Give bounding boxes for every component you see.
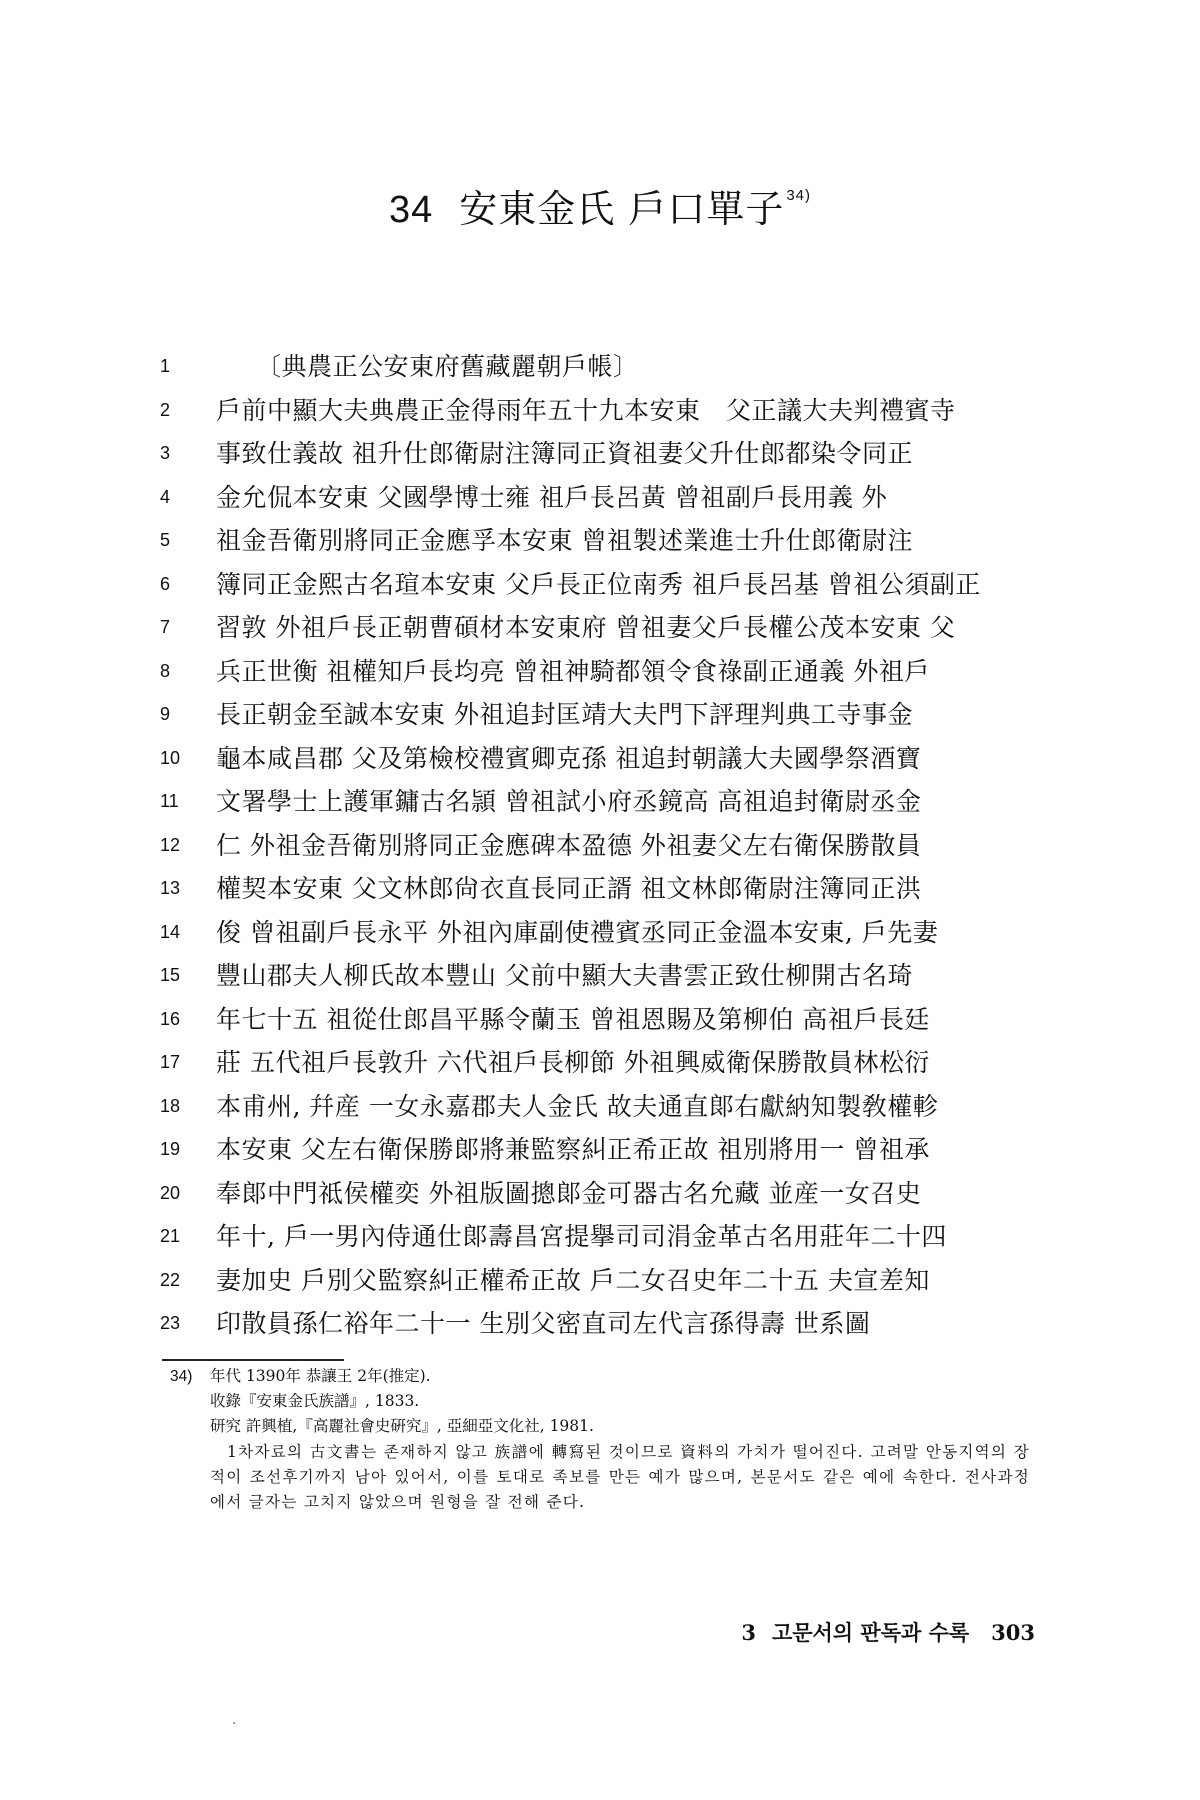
text-line: 23印散員孫仁裕年二十一 生別父密直司左代言孫得壽 世系圖 xyxy=(160,1302,1060,1346)
line-number: 3 xyxy=(160,432,200,476)
text-line: 11文署學士上護軍鏞古名頴 曾祖試小府丞鏡高 高祖追封衛尉丞金 xyxy=(160,780,1060,824)
text-line: 20奉郞中門祗侯權奕 外祖版圖摠郞金可器古名允藏 並産一女召史 xyxy=(160,1172,1060,1216)
text-line: 22妻加史 戶別父監察糾正權希正故 戶二女召史年二十五 夫宣差知 xyxy=(160,1259,1060,1303)
text-line: 19本安東 父左右衛保勝郞將兼監察糾正希正故 祖別將用一 曾祖承 xyxy=(160,1128,1060,1172)
text-line: 13權契本安東 父文林郎尙衣直長同正諝 祖文林郎衛尉注簿同正洪 xyxy=(160,867,1060,911)
text-line: 1〔典農正公安東府舊藏麗朝戶帳〕 xyxy=(160,345,1060,389)
line-number: 19 xyxy=(160,1128,200,1172)
line-number: 16 xyxy=(160,998,200,1042)
text-line: 21年十, 戶一男內侍通仕郞壽昌宮提擧司司涓金革古名用莊年二十四 xyxy=(160,1215,1060,1259)
text-line: 12仁 外祖金吾衛別將同正金應碑本盈德 外祖妻父左右衛保勝散員 xyxy=(160,824,1060,868)
line-number: 8 xyxy=(160,650,200,694)
line-text: 印散員孫仁裕年二十一 生別父密直司左代言孫得壽 世系圖 xyxy=(216,1302,870,1346)
line-text: 莊 五代祖戶長敦升 六代祖戶長柳節 外祖興威衛保勝散員林松衍 xyxy=(216,1041,930,1085)
line-number: 5 xyxy=(160,519,200,563)
line-text: 豐山郡夫人柳氏故本豐山 父前中顯大夫書雲正致仕柳開古名琦 xyxy=(216,954,913,998)
line-text: 權契本安東 父文林郎尙衣直長同正諝 祖文林郎衛尉注簿同正洪 xyxy=(216,867,921,911)
line-number: 7 xyxy=(160,606,200,650)
text-line: 4金允侃本安東 父國學博士雍 祖戶長呂黃 曾祖副戶長用義 外 xyxy=(160,476,1060,520)
line-number: 6 xyxy=(160,563,200,607)
text-line: 16年七十五 祖從仕郎昌平縣令蘭玉 曾祖恩賜及第柳伯 高祖戶長廷 xyxy=(160,998,1060,1042)
text-line: 14俊 曾祖副戶長永平 外祖內庫副使禮賓丞同正金溫本安東, 戶先妻 xyxy=(160,911,1060,955)
line-text: 年七十五 祖從仕郎昌平縣令蘭玉 曾祖恩賜及第柳伯 高祖戶長廷 xyxy=(216,998,930,1042)
line-number: 2 xyxy=(160,389,200,433)
line-text: 本安東 父左右衛保勝郞將兼監察糾正希正故 祖別將用一 曾祖承 xyxy=(216,1128,930,1172)
text-line: 3事致仕義故 祖升仕郎衛尉注簿同正資祖妻父升仕郎都染令同正 xyxy=(160,432,1060,476)
line-number: 20 xyxy=(160,1172,200,1216)
footnote-date: 年代 1390年 恭讓王 2年(推定). xyxy=(170,1364,1030,1389)
line-number: 23 xyxy=(160,1302,200,1346)
page-footer: 3고문서의 판독과 수록303 xyxy=(741,1617,1035,1647)
line-text: 事致仕義故 祖升仕郎衛尉注簿同正資祖妻父升仕郎都染令同正 xyxy=(216,432,913,476)
text-line: 9長正朝金至誠本安東 外祖追封匡靖大夫門下評理判典工寺事金 xyxy=(160,693,1060,737)
line-number: 11 xyxy=(160,780,200,824)
line-text: 長正朝金至誠本安東 外祖追封匡靖大夫門下評理判典工寺事金 xyxy=(216,693,913,737)
text-line: 8兵正世衡 祖權知戶長均亮 曾祖神騎都領令食祿副正通義 外祖戶 xyxy=(160,650,1060,694)
footnote: 34) 年代 1390年 恭讓王 2年(推定). 收錄『安東金氏族譜』, 183… xyxy=(170,1364,1030,1515)
line-number: 10 xyxy=(160,737,200,781)
footnote-reference: 34) xyxy=(786,187,811,204)
line-number: 13 xyxy=(160,867,200,911)
text-line: 2戶前中顯大夫典農正金得雨年五十九本安東 父正議大夫判禮賓寺 xyxy=(160,389,1060,433)
line-text: 俊 曾祖副戶長永平 外祖內庫副使禮賓丞同正金溫本安東, 戶先妻 xyxy=(216,911,938,955)
line-text: 奉郞中門祗侯權奕 外祖版圖摠郞金可器古名允藏 並産一女召史 xyxy=(216,1172,921,1216)
text-line: 5祖金吾衛別將同正金應孚本安東 曾祖製述業進士升仕郎衛尉注 xyxy=(160,519,1060,563)
page-number: 303 xyxy=(991,1620,1035,1645)
line-text: 戶前中顯大夫典農正金得雨年五十九本安東 父正議大夫判禮賓寺 xyxy=(216,389,956,433)
chapter-number: 3 xyxy=(741,1620,756,1645)
line-number: 22 xyxy=(160,1259,200,1303)
chapter-title: 고문서의 판독과 수록 xyxy=(772,1620,969,1645)
line-text: 本甫州, 幷産 一女永嘉郡夫人金氏 故夫通直郞右獻納知製敎權軫 xyxy=(216,1085,938,1129)
line-text: 妻加史 戶別父監察糾正權希正故 戶二女召史年二十五 夫宣差知 xyxy=(216,1259,930,1303)
line-text: 仁 外祖金吾衛別將同正金應碑本盈德 外祖妻父左右衛保勝散員 xyxy=(216,824,921,868)
document-title-text: 安東金氏 戶口單子 xyxy=(459,187,784,231)
line-number: 1 xyxy=(160,345,200,389)
footnote-research: 研究 許興植,『高麗社會史硏究』, 亞細亞文化社, 1981. xyxy=(170,1414,1030,1439)
line-text: 兵正世衡 祖權知戶長均亮 曾祖神騎都領令食祿副正通義 外祖戶 xyxy=(216,650,930,694)
line-number: 12 xyxy=(160,824,200,868)
line-text: 文署學士上護軍鏞古名頴 曾祖試小府丞鏡高 高祖追封衛尉丞金 xyxy=(216,780,921,824)
footnote-label: 34) xyxy=(170,1364,192,1389)
footnote-commentary: 1차자료의 古文書는 존재하지 않고 族譜에 轉寫된 것이므로 資料의 가치가 … xyxy=(170,1440,1030,1515)
scan-speck xyxy=(233,1722,235,1724)
text-line: 6簿同正金熙古名瑄本安東 父戶長正位南秀 祖戶長呂基 曾祖公須副正 xyxy=(160,563,1060,607)
line-text: 金允侃本安東 父國學博士雍 祖戶長呂黃 曾祖副戶長用義 外 xyxy=(216,476,887,520)
line-text: 龜本咸昌郡 父及第檢校禮賓卿克孫 祖追封朝議大夫國學祭酒寶 xyxy=(216,737,921,781)
text-line: 7習敦 外祖戶長正朝曹碩材本安東府 曾祖妻父戶長權公茂本安東 父 xyxy=(160,606,1060,650)
line-text: 年十, 戶一男內侍通仕郞壽昌宮提擧司司涓金革古名用莊年二十四 xyxy=(216,1215,947,1259)
line-number: 21 xyxy=(160,1215,200,1259)
document-title: 34安東金氏 戶口單子34) xyxy=(0,178,1200,233)
text-line: 15豐山郡夫人柳氏故本豐山 父前中顯大夫書雲正致仕柳開古名琦 xyxy=(160,954,1060,998)
text-line: 10龜本咸昌郡 父及第檢校禮賓卿克孫 祖追封朝議大夫國學祭酒寶 xyxy=(160,737,1060,781)
line-number: 14 xyxy=(160,911,200,955)
transcription-body: 1〔典農正公安東府舊藏麗朝戶帳〕 2戶前中顯大夫典農正金得雨年五十九本安東 父正… xyxy=(160,345,1060,1346)
line-text: 〔典農正公安東府舊藏麗朝戶帳〕 xyxy=(256,345,639,389)
line-number: 17 xyxy=(160,1041,200,1085)
line-text: 簿同正金熙古名瑄本安東 父戶長正位南秀 祖戶長呂基 曾祖公須副正 xyxy=(216,563,981,607)
footnote-source: 收錄『安東金氏族譜』, 1833. xyxy=(170,1389,1030,1414)
text-line: 17莊 五代祖戶長敦升 六代祖戶長柳節 外祖興威衛保勝散員林松衍 xyxy=(160,1041,1060,1085)
line-number: 9 xyxy=(160,693,200,737)
line-text: 祖金吾衛別將同正金應孚本安東 曾祖製述業進士升仕郎衛尉注 xyxy=(216,519,913,563)
line-number: 15 xyxy=(160,954,200,998)
line-number: 4 xyxy=(160,476,200,520)
document-number: 34 xyxy=(389,189,433,231)
line-text: 習敦 外祖戶長正朝曹碩材本安東府 曾祖妻父戶長權公茂本安東 父 xyxy=(216,606,955,650)
line-number: 18 xyxy=(160,1085,200,1129)
text-line: 18本甫州, 幷産 一女永嘉郡夫人金氏 故夫通直郞右獻納知製敎權軫 xyxy=(160,1085,1060,1129)
footnote-divider xyxy=(162,1359,344,1361)
